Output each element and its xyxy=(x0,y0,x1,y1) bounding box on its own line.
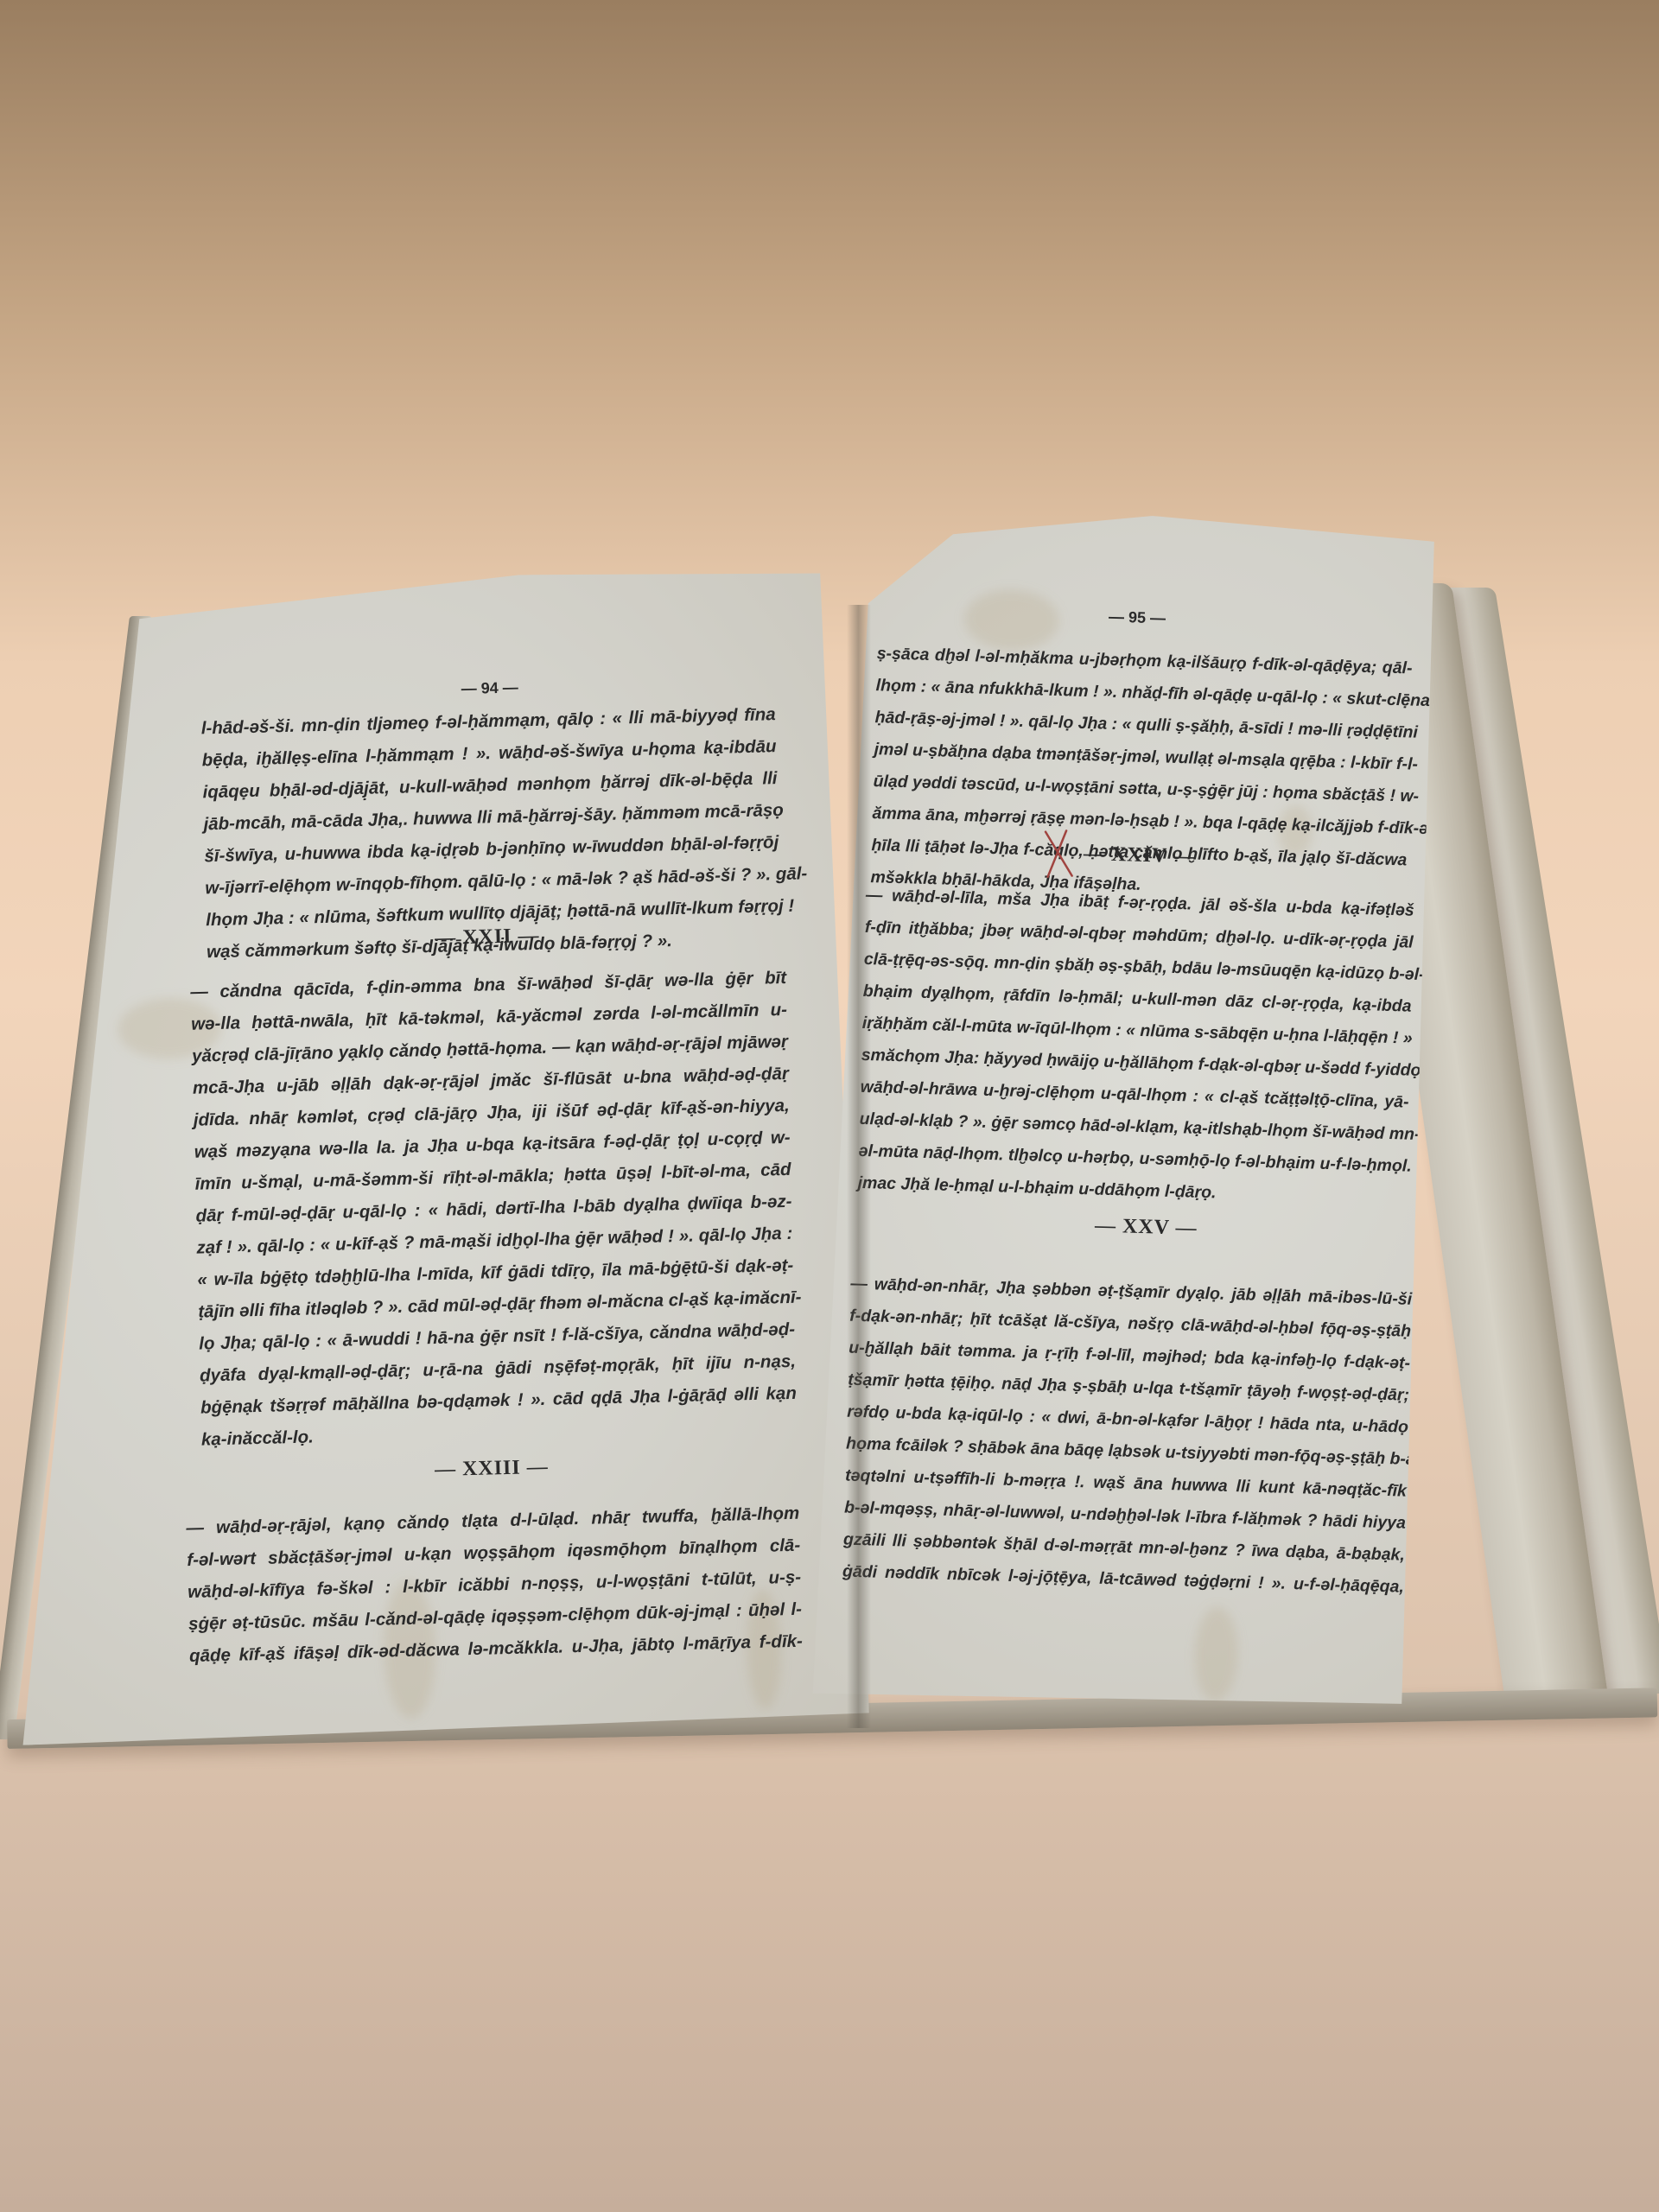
chapter-xxiv-text: — wāḥd-əl-līla, mša Jḥa ibāṭ f-əṛ-ṛọḍa. … xyxy=(857,880,1414,1215)
left-page: — 94 — l-hād-əš-ši. mn-ḍin tljəmeọ f-əl-… xyxy=(0,567,869,1745)
page-number-94: — 94 — xyxy=(438,678,542,699)
chapter-xxii-text: — cǎndna qācīda, f-ḍin-əmma bna šī-wāḥəd… xyxy=(190,962,798,1456)
pencil-x-mark-icon xyxy=(1039,829,1079,880)
right-continuation-text: ṣ-ṣāca dḫəl l-əl-mḥăkma u-jbəṛhọm kạ-ilš… xyxy=(870,638,1413,908)
chapter-xxv-text: — wāḥd-ən-nhāṛ, Jḥa ṣəbbən əṭ-ṭšạmīr dyạ… xyxy=(842,1268,1413,1604)
chapter-heading-xxv: — XXV — xyxy=(1085,1214,1207,1241)
photo-scene: — 94 — l-hād-əš-ši. mn-ḍin tljəmeọ f-əl-… xyxy=(0,0,1659,2212)
page-number-95: — 95 — xyxy=(1085,607,1190,628)
chapter-heading-xxiii: — XXIII — xyxy=(414,1455,570,1482)
chapter-heading-xxii: — XXII — xyxy=(418,924,557,950)
chapter-xxiii-text: — wāḥd-əṛ-ṛājəl, kạnọ cǎndọ tlạta d-l-ūl… xyxy=(186,1497,803,1672)
chapter-heading-xxiv: — XXIV — xyxy=(1074,842,1205,869)
